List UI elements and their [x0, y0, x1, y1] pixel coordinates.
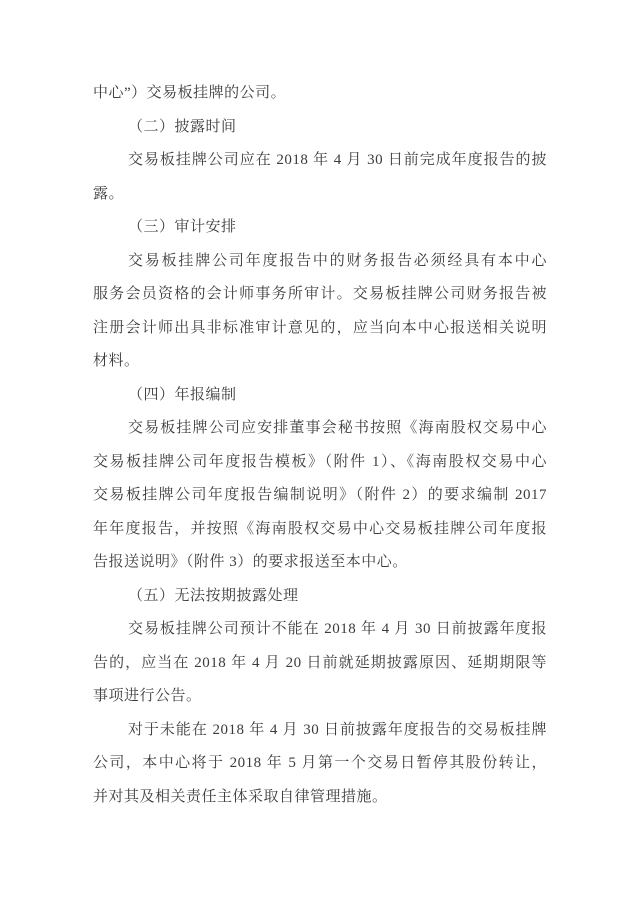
text-line: 年年度报告，并按照《海南股权交易中心交易板挂牌公司年度报	[93, 513, 547, 547]
section-heading: （二）披露时间	[93, 111, 547, 145]
text-line: 事项进行公告。	[93, 680, 547, 714]
text-line: 交易板挂牌公司年度报告中的财务报告必须经具有本中心	[93, 245, 547, 279]
document-body: 中心”）交易板挂牌的公司。（二）披露时间交易板挂牌公司应在 2018 年 4 月…	[93, 77, 547, 814]
text-line: 对于未能在 2018 年 4 月 30 日前披露年度报告的交易板挂牌	[93, 714, 547, 748]
text-line: 公司，本中心将于 2018 年 5 月第一个交易日暂停其股份转让，	[93, 747, 547, 781]
text-line: 交易板挂牌公司年度报告模板》（附件 1）、《海南股权交易中心	[93, 446, 547, 480]
text-line: 材料。	[93, 345, 547, 379]
text-line: 交易板挂牌公司预计不能在 2018 年 4 月 30 日前披露年度报	[93, 613, 547, 647]
text-line: 中心”）交易板挂牌的公司。	[93, 77, 547, 111]
section-heading: （四）年报编制	[93, 379, 547, 413]
text-line: 告的，应当在 2018 年 4 月 20 日前就延期披露原因、延期期限等	[93, 647, 547, 681]
section-heading: （五）无法按期披露处理	[93, 580, 547, 614]
text-line: 服务会员资格的会计师事务所审计。交易板挂牌公司财务报告被	[93, 278, 547, 312]
text-line: 告报送说明》（附件 3）的要求报送至本中心。	[93, 546, 547, 580]
text-line: 交易板挂牌公司应在 2018 年 4 月 30 日前完成年度报告的披	[93, 144, 547, 178]
text-line: 露。	[93, 178, 547, 212]
document-page: 中心”）交易板挂牌的公司。（二）披露时间交易板挂牌公司应在 2018 年 4 月…	[0, 0, 642, 908]
text-line: 交易板挂牌公司应安排董事会秘书按照《海南股权交易中心	[93, 412, 547, 446]
text-line: 注册会计师出具非标准审计意见的，应当向本中心报送相关说明	[93, 312, 547, 346]
text-line: 交易板挂牌公司年度报告编制说明》（附件 2）的要求编制 2017	[93, 479, 547, 513]
section-heading: （三）审计安排	[93, 211, 547, 245]
text-line: 并对其及相关责任主体采取自律管理措施。	[93, 781, 547, 815]
